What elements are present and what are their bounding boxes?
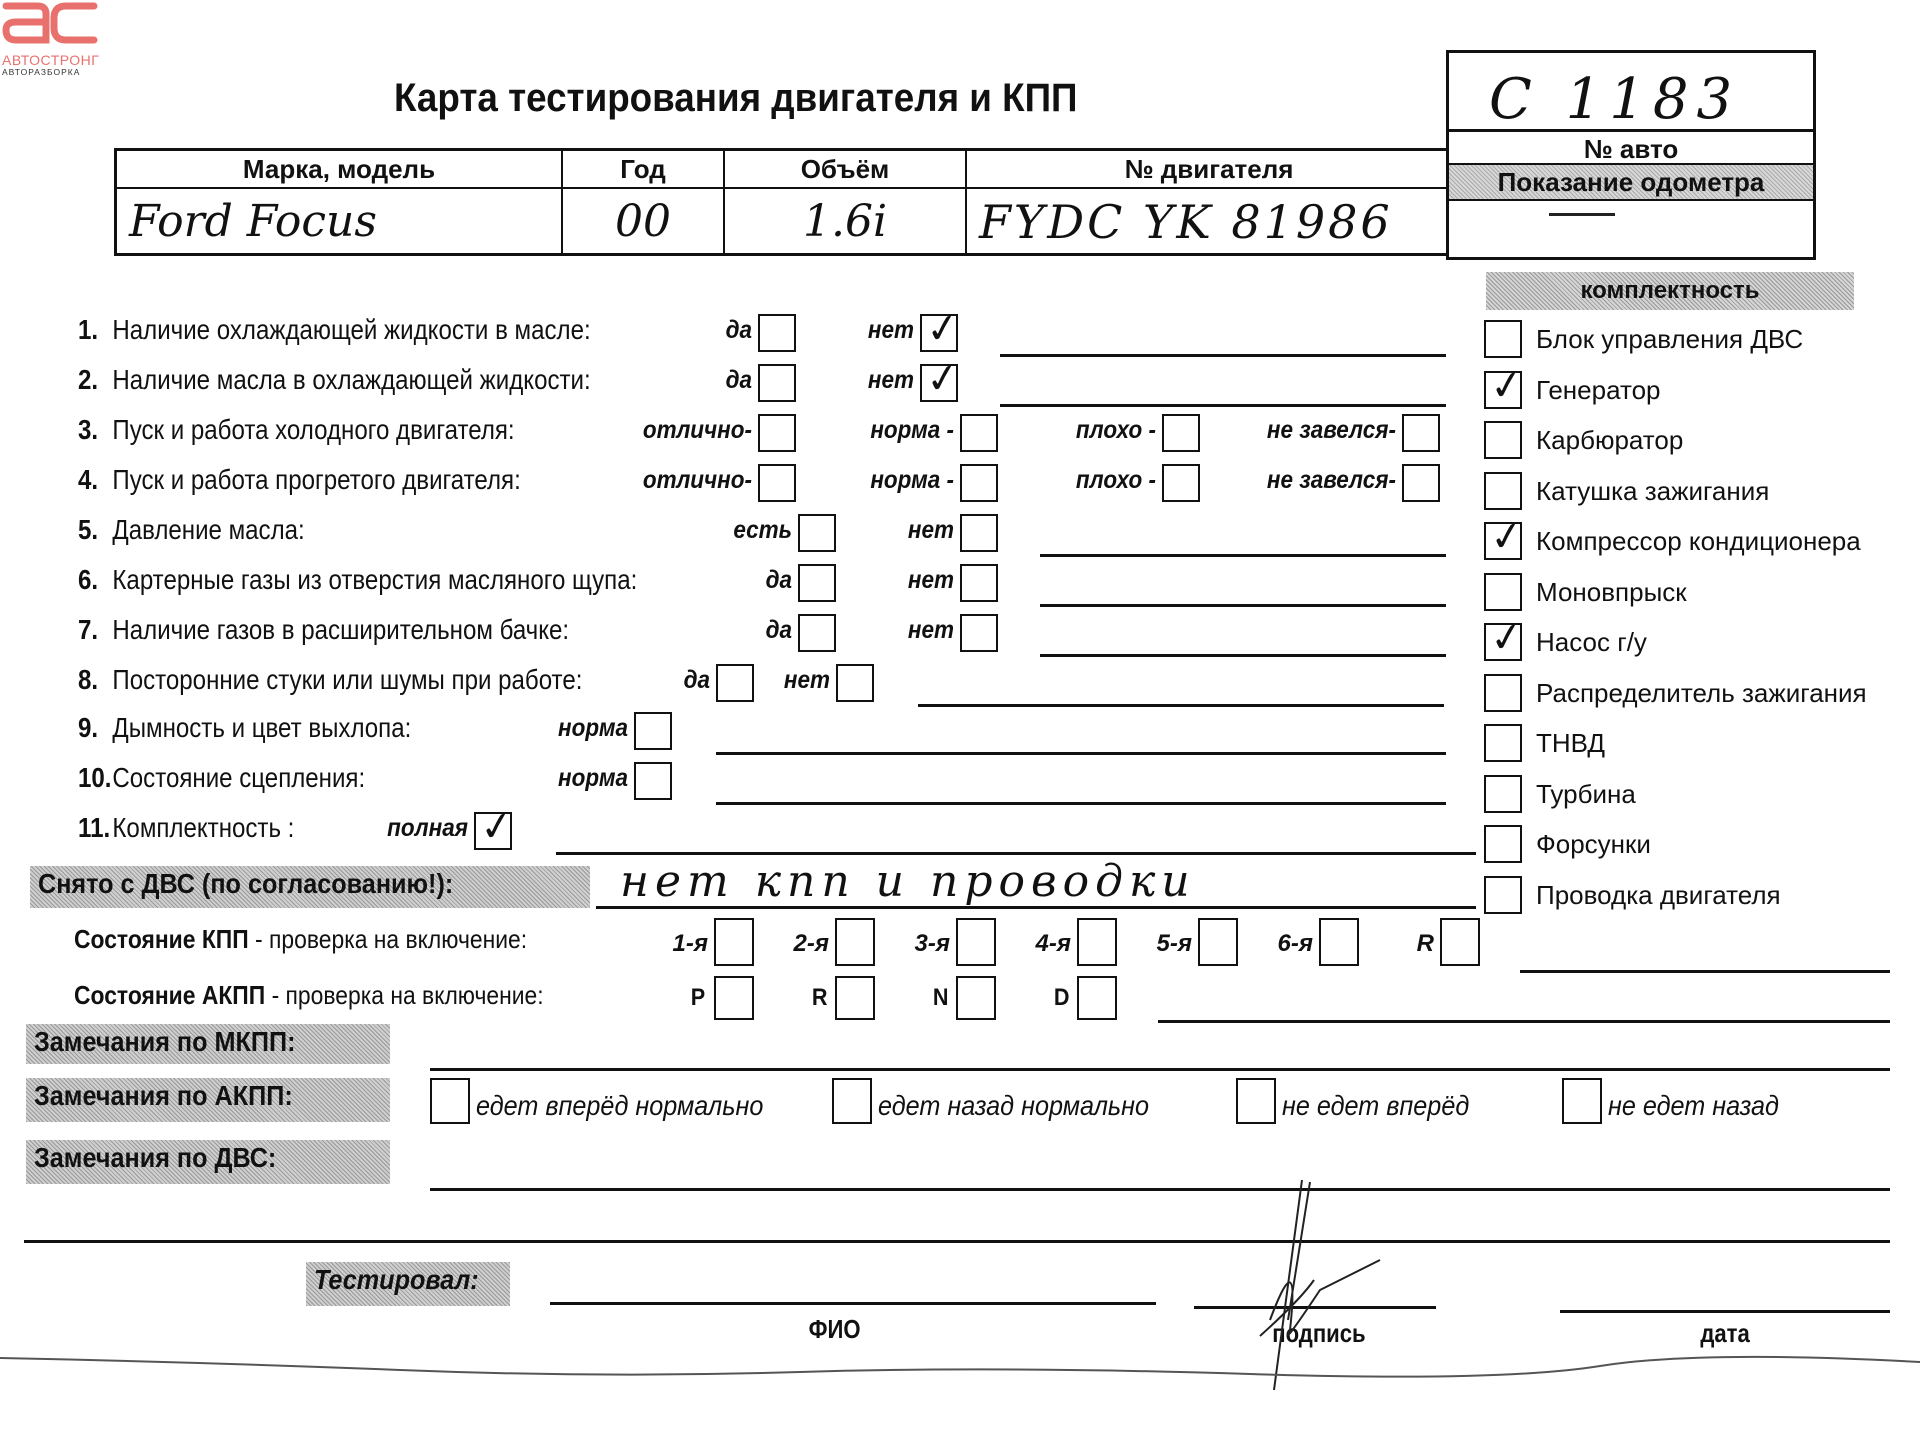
checklist-question: 8.Посторонние стуки или шумы при работе: (78, 664, 582, 696)
option-label: нет (806, 616, 954, 645)
komplektnost-checkbox[interactable] (1484, 876, 1522, 914)
option-checkbox[interactable] (1402, 414, 1440, 452)
question-number: 11. (78, 812, 112, 844)
column-make-model: Марка, модель Ford Focus (117, 151, 563, 253)
column-header: Марка, модель (117, 151, 561, 189)
checklist-question: 3.Пуск и работа холодного двигателя: (78, 414, 515, 446)
komplektnost-checkbox[interactable] (1484, 573, 1522, 611)
option-checkbox[interactable] (634, 762, 672, 800)
option-checkbox[interactable] (960, 614, 998, 652)
komplektnost-checkbox[interactable] (1484, 674, 1522, 712)
notes-line[interactable] (1040, 554, 1446, 557)
akpp-remarks-label-box: Замечания по АКПП: (26, 1078, 390, 1122)
mkpp-remarks-line[interactable] (430, 1068, 1890, 1071)
checklist-question: 6.Картерные газы из отверстия масляного … (78, 564, 637, 596)
page-edge (0, 1350, 1920, 1380)
option-label: отлично- (604, 416, 752, 445)
question-text: Картерные газы из отверстия масляного щу… (112, 564, 637, 595)
vehicle-id-box: C 1183 № авто Показание одометра (1446, 50, 1816, 260)
akpp-gear-label: R (812, 984, 828, 1012)
option-label: не завелся- (1248, 416, 1396, 445)
gear-label: 3-я (900, 930, 950, 958)
option-label: норма - (806, 466, 954, 495)
notes-line[interactable] (1000, 404, 1446, 407)
checklist-question: 11.Комплектность : (78, 812, 294, 844)
komplektnost-checkbox[interactable] (1484, 421, 1522, 459)
option-checkbox[interactable] (758, 414, 796, 452)
akpp-gear-label: D (1054, 984, 1070, 1012)
option-label: норма (480, 714, 628, 743)
checklist-question: 2.Наличие масла в охлаждающей жидкости: (78, 364, 591, 396)
removed-label: Снято с ДВС (по согласованию!): (38, 868, 453, 900)
option-label: да (604, 316, 752, 345)
option-label: плохо - (1008, 466, 1156, 495)
akpp-remark-checkbox[interactable] (1236, 1078, 1276, 1124)
komplektnost-label: ТНВД (1536, 728, 1605, 759)
checklist-question: 9.Дымность и цвет выхлопа: (78, 712, 411, 744)
page-title: Карта тестирования двигателя и КПП (394, 76, 1077, 121)
question-text: Комплектность : (112, 812, 294, 843)
mkpp-remarks-label-box: Замечания по МКПП: (26, 1024, 390, 1064)
question-text: Наличие газов в расширительном бачке: (112, 614, 569, 645)
checklist-question: 5.Давление масла: (78, 514, 305, 546)
option-checkbox[interactable] (960, 464, 998, 502)
engine-number-value[interactable]: FYDC YK 81986 (967, 189, 1451, 253)
notes-line[interactable] (716, 802, 1446, 805)
option-label: да (604, 366, 752, 395)
komplektnost-checkbox[interactable] (1484, 825, 1522, 863)
column-volume: Объём 1.6i (725, 151, 967, 253)
date-caption: дата (1700, 1318, 1749, 1349)
gear-checkbox[interactable] (1198, 918, 1238, 966)
question-text: Посторонние стуки или шумы при работе: (112, 664, 582, 695)
removed-value[interactable]: нет кпп и проводки (620, 856, 1196, 907)
checklist-question: 7.Наличие газов в расширительном бачке: (78, 614, 569, 646)
komplektnost-label: Блок управления ДВС (1536, 324, 1803, 355)
logo-brand: АВТОСТРОНГ (2, 52, 99, 68)
komplektnost-checkbox[interactable] (1484, 775, 1522, 813)
akpp-remark-label: едет вперёд нормально (476, 1090, 763, 1122)
notes-line[interactable] (918, 704, 1444, 707)
gear-label: 5-я (1142, 930, 1192, 958)
notes-line[interactable] (1000, 354, 1446, 357)
komplektnost-label: Форсунки (1536, 829, 1651, 860)
question-number: 6. (78, 564, 112, 596)
option-checkbox[interactable] (1402, 464, 1440, 502)
komplektnost-checkbox[interactable] (1484, 522, 1522, 560)
question-number: 3. (78, 414, 112, 446)
option-checkbox[interactable] (474, 812, 512, 850)
komplektnost-label: Катушка зажигания (1536, 476, 1769, 507)
notes-line[interactable] (1040, 654, 1446, 657)
question-text: Пуск и работа холодного двигателя: (112, 414, 514, 445)
komplektnost-label: Проводка двигателя (1536, 880, 1781, 911)
komplektnost-checkbox[interactable] (1484, 724, 1522, 762)
option-checkbox[interactable] (960, 514, 998, 552)
question-text: Состояние сцепления: (112, 762, 365, 793)
akpp-remark-checkbox[interactable] (430, 1078, 470, 1124)
name-caption: ФИО (809, 1314, 861, 1345)
akpp-gear-checkbox[interactable] (956, 976, 996, 1020)
option-checkbox[interactable] (920, 314, 958, 352)
option-checkbox[interactable] (960, 564, 998, 602)
auto-number-value[interactable]: C 1183 (1489, 67, 1740, 132)
removed-underline (596, 906, 1476, 909)
komplektnost-checkbox[interactable] (1484, 472, 1522, 510)
question-number: 1. (78, 314, 112, 346)
notes-line[interactable] (1040, 604, 1446, 607)
volume-value[interactable]: 1.6i (725, 189, 965, 253)
gear-label: 6-я (1263, 930, 1313, 958)
dvs-remarks-line-2[interactable] (24, 1240, 1890, 1243)
removed-label-box: Снято с ДВС (по согласованию!): (30, 866, 590, 908)
akpp-notes-line (1158, 1020, 1890, 1023)
akpp-gear-checkbox[interactable] (1077, 976, 1117, 1020)
auto-number-label: № авто (1449, 129, 1813, 166)
option-checkbox[interactable] (836, 664, 874, 702)
akpp-remark-label: не едет назад (1608, 1090, 1779, 1122)
checklist-question: 1.Наличие охлаждающей жидкости в масле: (78, 314, 591, 346)
komplektnost-label: Насос г/у (1536, 627, 1647, 658)
checklist-question: 10.Состояние сцепления: (78, 762, 365, 794)
komplektnost-checkbox[interactable] (1484, 371, 1522, 409)
option-checkbox[interactable] (634, 712, 672, 750)
question-number: 8. (78, 664, 112, 696)
year-value[interactable]: 00 (563, 189, 723, 253)
gear-label: 4-я (1021, 930, 1071, 958)
komplektnost-heading: комплектность (1486, 272, 1854, 310)
gear-checkbox[interactable] (714, 918, 754, 966)
odometer-value-dash[interactable] (1549, 213, 1615, 216)
question-text: Наличие масла в охлаждающей жидкости: (112, 364, 590, 395)
akpp-gear-checkbox[interactable] (714, 976, 754, 1020)
dvs-remarks-label-box: Замечания по ДВС: (26, 1140, 390, 1184)
komplektnost-label: Моновпрыск (1536, 577, 1687, 608)
option-label: нет (806, 566, 954, 595)
column-header: Год (563, 151, 723, 189)
name-line[interactable] (550, 1302, 1156, 1305)
logo-subtitle: АВТОРАЗБОРКА (2, 67, 80, 77)
akpp-label: Состояние АКПП - проверка на включение: (74, 980, 544, 1011)
akpp-remark-checkbox[interactable] (832, 1078, 872, 1124)
akpp-remark-label: едет назад нормально (878, 1090, 1149, 1122)
gear-checkbox[interactable] (1440, 918, 1480, 966)
komplektnost-checkbox[interactable] (1484, 623, 1522, 661)
akpp-gear-label: N (933, 984, 949, 1012)
komplektnost-label: Компрессор кондиционера (1536, 526, 1861, 557)
column-header: № двигателя (967, 151, 1451, 189)
question-number: 2. (78, 364, 112, 396)
question-number: 4. (78, 464, 112, 496)
option-label: норма (480, 764, 628, 793)
option-label: отлично- (604, 466, 752, 495)
dvs-remarks-line[interactable] (430, 1188, 1890, 1191)
option-label: нет (682, 666, 830, 695)
question-text: Наличие охлаждающей жидкости в масле: (112, 314, 590, 345)
option-label: да (644, 566, 792, 595)
make-model-value[interactable]: Ford Focus (117, 189, 561, 253)
question-number: 9. (78, 712, 112, 744)
akpp-remark-checkbox[interactable] (1562, 1078, 1602, 1124)
option-label: полная (320, 814, 468, 843)
option-checkbox[interactable] (1162, 414, 1200, 452)
odometer-label: Показание одометра (1449, 163, 1813, 201)
komplektnost-label: Карбюратор (1536, 425, 1683, 456)
option-label: не завелся- (1248, 466, 1396, 495)
gear-checkbox[interactable] (835, 918, 875, 966)
notes-line[interactable] (716, 752, 1446, 755)
kpp-notes-line (1520, 970, 1890, 973)
option-checkbox[interactable] (920, 364, 958, 402)
gear-checkbox[interactable] (1319, 918, 1359, 966)
checklist-question: 4.Пуск и работа прогретого двигателя: (78, 464, 521, 496)
option-label: нет (806, 516, 954, 545)
column-header: Объём (725, 151, 965, 189)
removed-topline (596, 852, 1476, 855)
option-checkbox[interactable] (960, 414, 998, 452)
komplektnost-label: Распределитель зажигания (1536, 678, 1867, 709)
option-checkbox[interactable] (758, 464, 796, 502)
question-text: Давление масла: (112, 514, 304, 545)
akpp-gear-checkbox[interactable] (835, 976, 875, 1020)
komplektnost-label: Генератор (1536, 375, 1661, 406)
option-checkbox[interactable] (1162, 464, 1200, 502)
akpp-remark-label: не едет вперёд (1282, 1090, 1469, 1122)
gear-checkbox[interactable] (1077, 918, 1117, 966)
gear-label: 1-я (658, 930, 708, 958)
option-label: норма - (806, 416, 954, 445)
tested-by-label-box: Тестировал: (306, 1262, 510, 1306)
option-label: нет (766, 316, 914, 345)
column-year: Год 00 (563, 151, 725, 253)
kpp-label: Состояние КПП - проверка на включение: (74, 924, 527, 955)
question-number: 5. (78, 514, 112, 546)
gear-label: R (1384, 930, 1434, 958)
question-text: Дымность и цвет выхлопа: (112, 712, 411, 743)
komplektnost-label: Турбина (1536, 779, 1636, 810)
option-label: есть (644, 516, 792, 545)
komplektnost-checkbox[interactable] (1484, 320, 1522, 358)
question-number: 7. (78, 614, 112, 646)
option-label: плохо - (1008, 416, 1156, 445)
option-label: да (644, 616, 792, 645)
vehicle-info-table: Марка, модель Ford Focus Год 00 Объём 1.… (114, 148, 1448, 256)
option-label: нет (766, 366, 914, 395)
column-engine-number: № двигателя FYDC YK 81986 (967, 151, 1451, 253)
question-number: 10. (78, 762, 112, 794)
logo-mark (0, 0, 100, 48)
gear-label: 2-я (779, 930, 829, 958)
date-line[interactable] (1560, 1310, 1890, 1313)
question-text: Пуск и работа прогретого двигателя: (112, 464, 520, 495)
gear-checkbox[interactable] (956, 918, 996, 966)
akpp-gear-label: P (691, 984, 705, 1012)
